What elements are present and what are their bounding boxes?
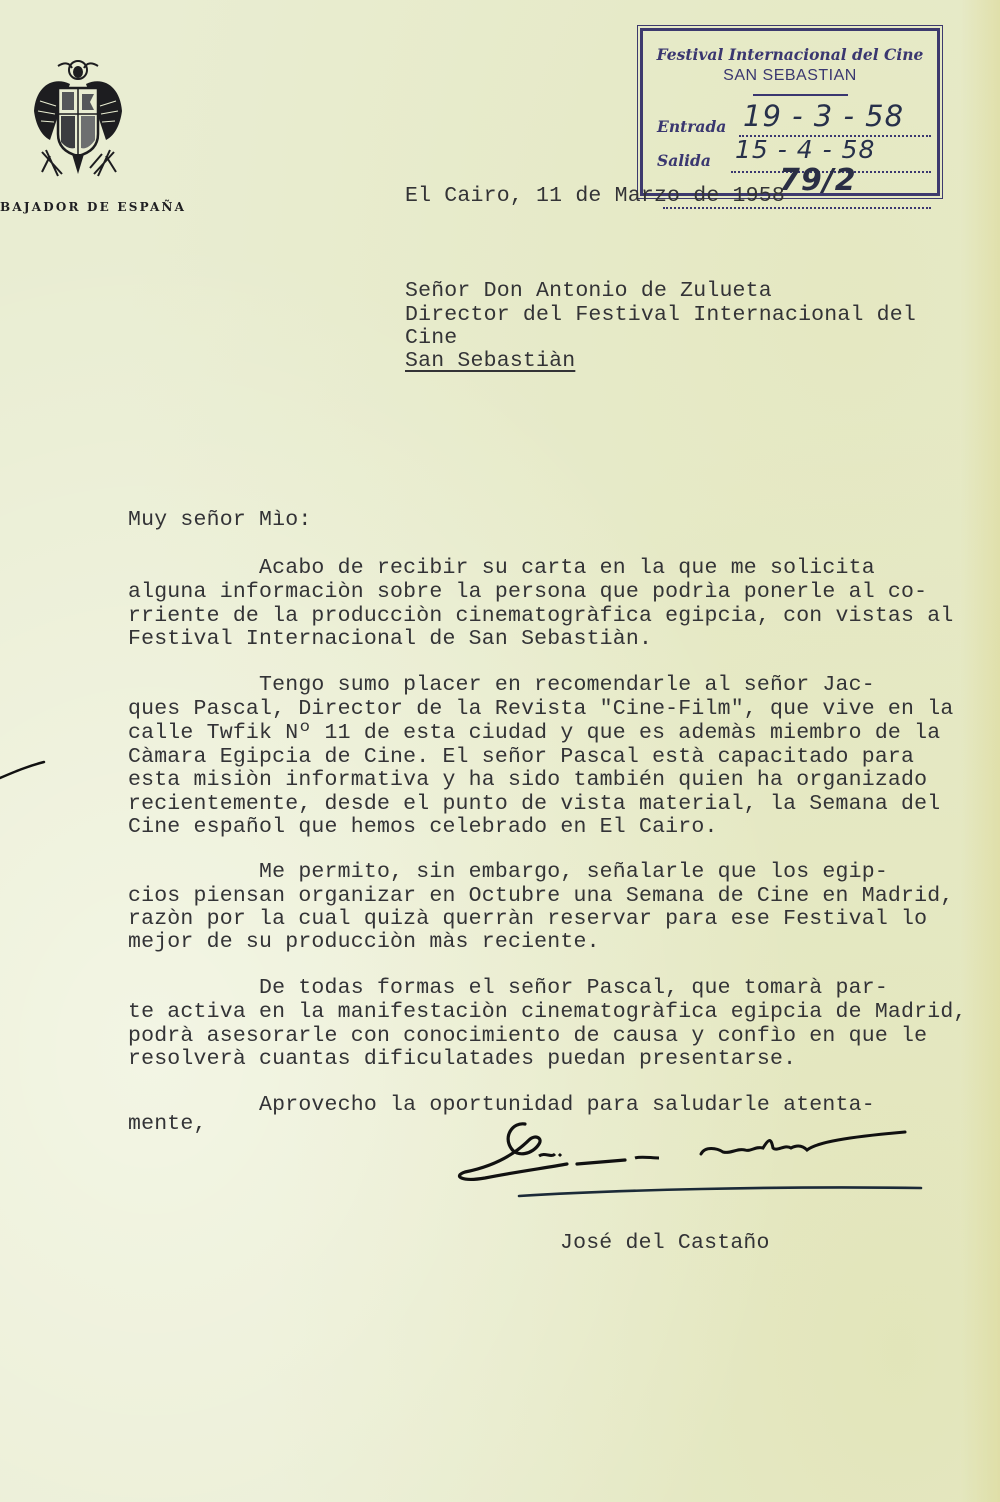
stamp-salida-value: 15 - 4 - 58	[735, 135, 875, 164]
paragraph-4-line-4: resolverà cuantas dificulatades puedan p…	[128, 1047, 796, 1071]
paragraph-4-line-2: te activa en la manifestaciòn cinematogr…	[128, 1000, 967, 1024]
stamp-salida-label: Salida	[657, 151, 711, 170]
paragraph-2-line-2: ques Pascal, Director de la Revista "Cin…	[128, 697, 953, 721]
recipient-title-cont: Cine	[405, 326, 457, 350]
paragraph-3-line-3: razòn por la cual quizà querràn reservar…	[128, 907, 927, 931]
stamp-ref-value: 79/2	[779, 163, 857, 198]
paragraph-1-line-1: Acabo de recibir su carta en la que me s…	[128, 556, 875, 580]
signatory-name: José del Castaño	[560, 1231, 770, 1255]
paragraph-4-line-1: De todas formas el señor Pascal, que tom…	[128, 976, 888, 1000]
stamp-subtitle: SAN SEBASTIAN	[643, 67, 937, 85]
signature-icon	[455, 1118, 925, 1198]
stamp-entrada-value: 19 - 3 - 58	[743, 99, 904, 133]
recipient-name: Señor Don Antonio de Zulueta	[405, 279, 772, 303]
paragraph-2-line-1: Tengo sumo placer en recomendarle al señ…	[128, 673, 875, 697]
paragraph-4-line-3: podrà asesorarle con conocimiento de cau…	[128, 1024, 927, 1048]
paragraph-3-line-4: mejor de su producciòn màs reciente.	[128, 930, 600, 954]
recipient-city: San Sebastiàn	[405, 349, 575, 373]
paragraph-1-line-4: Festival Internacional de San Sebastiàn.	[128, 627, 652, 651]
paragraph-2-line-4: Càmara Egipcia de Cine. El señor Pascal …	[128, 745, 914, 769]
closing-line-2: mente,	[128, 1112, 207, 1136]
dateline: El Cairo, 11 de Marzo de 1958	[405, 184, 785, 208]
paragraph-3-line-1: Me permito, sin embargo, señalarle que l…	[128, 860, 888, 884]
stamp-divider	[753, 94, 848, 96]
paragraph-1-line-3: rriente de la producciòn cinematogràfica…	[128, 604, 953, 628]
letterhead-title: BAJADOR DE ESPAÑA	[0, 200, 186, 214]
closing-line-1: Aprovecho la oportunidad para saludarle …	[128, 1093, 875, 1117]
salutation: Muy señor Mìo:	[128, 508, 311, 532]
margin-pen-mark	[0, 760, 48, 780]
paragraph-2-line-7: Cine español que hemos celebrado en El C…	[128, 815, 718, 839]
stamp-entrada-label: Entrada	[657, 117, 726, 136]
paragraph-1-line-2: alguna informaciòn sobre la persona que …	[128, 580, 927, 604]
paragraph-2-line-5: esta misiòn informativa y ha sido tambié…	[128, 768, 927, 792]
coat-of-arms-icon	[28, 56, 128, 184]
festival-received-stamp: Festival Internacional del Cine SAN SEBA…	[640, 28, 940, 196]
stamp-title: Festival Internacional del Cine	[643, 45, 937, 64]
paragraph-2-line-6: recientemente, desde el punto de vista m…	[128, 792, 940, 816]
paragraph-3-line-2: cios piensan organizar en Octubre una Se…	[128, 884, 953, 908]
paragraph-2-line-3: calle Twfik Nº 11 de esta ciudad y que e…	[128, 721, 940, 745]
recipient-title: Director del Festival Internacional del	[405, 303, 916, 327]
